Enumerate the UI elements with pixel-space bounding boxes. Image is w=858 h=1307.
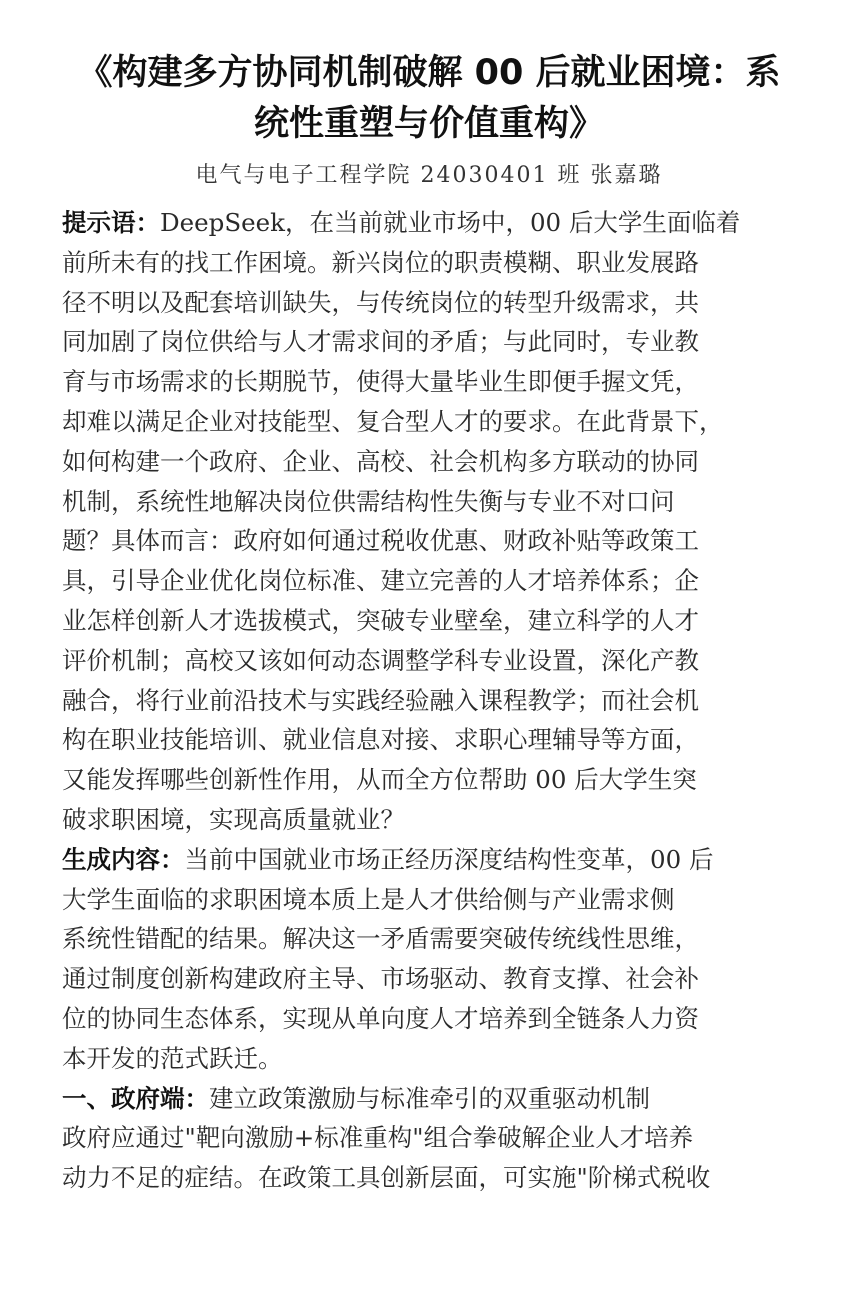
section-line: 动力不足的症结。在政策工具创新层面，可实施"阶梯式税收 <box>62 1158 802 1198</box>
section-heading: 一、政府端：建立政策激励与标准牵引的双重驱动机制 <box>62 1079 802 1119</box>
content-label: 生成内容： <box>62 845 185 874</box>
author-byline: 电气与电子工程学院 24030401 班 张嘉璐 <box>0 158 858 189</box>
prompt-label: 提示语： <box>62 208 160 237</box>
section-heading-text: 建立政策激励与标准牵引的双重驱动机制 <box>209 1084 650 1113</box>
prompt-line: 构在职业技能培训、就业信息对接、求职心理辅导等方面， <box>62 720 802 760</box>
prompt-line: 机制，系统性地解决岗位供需结构性失衡与专业不对口问 <box>62 482 802 522</box>
content-line: 位的协同生态体系，实现从单向度人才培养到全链条人力资 <box>62 999 802 1039</box>
prompt-line: 前所未有的找工作困境。新兴岗位的职责模糊、职业发展路 <box>62 243 802 283</box>
prompt-text: DeepSeek，在当前就业市场中，00 后大学生面临着 <box>160 208 740 237</box>
section-heading-label: 一、政府端： <box>62 1084 209 1113</box>
content-line: 系统性错配的结果。解决这一矛盾需要突破传统线性思维， <box>62 919 802 959</box>
prompt-line: 破求职困境，实现高质量就业？ <box>62 800 802 840</box>
content-line: 通过制度创新构建政府主导、市场驱动、教育支撑、社会补 <box>62 959 802 999</box>
document-body: 提示语：DeepSeek，在当前就业市场中，00 后大学生面临着 前所未有的找工… <box>62 203 802 1198</box>
content-text: 当前中国就业市场正经历深度结构性变革，00 后 <box>185 845 714 874</box>
content-line: 本开发的范式跃迁。 <box>62 1039 802 1079</box>
prompt-line: 业怎样创新人才选拔模式，突破专业壁垒，建立科学的人才 <box>62 601 802 641</box>
prompt-line: 具，引导企业优化岗位标准、建立完善的人才培养体系；企 <box>62 561 802 601</box>
prompt-line: 又能发挥哪些创新性作用，从而全方位帮助 00 后大学生突 <box>62 760 802 800</box>
content-line: 生成内容：当前中国就业市场正经历深度结构性变革，00 后 <box>62 840 802 880</box>
prompt-line: 融合，将行业前沿技术与实践经验融入课程教学；而社会机 <box>62 681 802 721</box>
prompt-line: 题？具体而言：政府如何通过税收优惠、财政补贴等政策工 <box>62 521 802 561</box>
prompt-line: 如何构建一个政府、企业、高校、社会机构多方联动的协同 <box>62 442 802 482</box>
document-title-line-1: 《构建多方协同机制破解 00 后就业困境：系 <box>0 45 858 95</box>
document-title-line-2: 统性重塑与价值重构》 <box>0 96 858 146</box>
prompt-line: 育与市场需求的长期脱节，使得大量毕业生即便手握文凭， <box>62 362 802 402</box>
prompt-line: 径不明以及配套培训缺失，与传统岗位的转型升级需求，共 <box>62 283 802 323</box>
content-line: 大学生面临的求职困境本质上是人才供给侧与产业需求侧 <box>62 880 802 920</box>
section-line: 政府应通过"靶向激励+标准重构"组合拳破解企业人才培养 <box>62 1118 802 1158</box>
prompt-line: 评价机制；高校又该如何动态调整学科专业设置，深化产教 <box>62 641 802 681</box>
prompt-line: 提示语：DeepSeek，在当前就业市场中，00 后大学生面临着 <box>62 203 802 243</box>
prompt-line: 同加剧了岗位供给与人才需求间的矛盾；与此同时，专业教 <box>62 322 802 362</box>
prompt-line: 却难以满足企业对技能型、复合型人才的要求。在此背景下， <box>62 402 802 442</box>
